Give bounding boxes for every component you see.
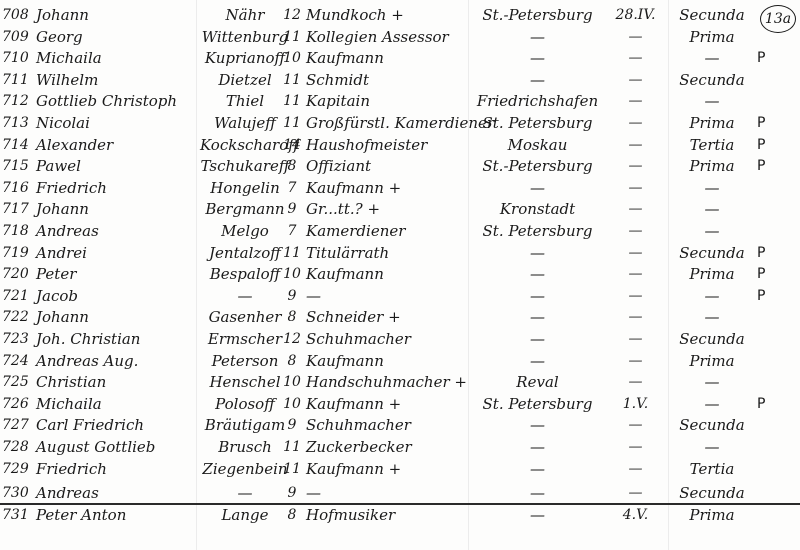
class: — xyxy=(672,220,752,242)
age: 9 xyxy=(282,285,302,307)
father-occupation: Kaufmann xyxy=(306,47,476,69)
register-row: 713NicolaiWalujeff11Großfürstl. Kamerdie… xyxy=(0,112,800,134)
surname: Jentalzoff xyxy=(200,242,290,264)
surname: Polosoff xyxy=(200,393,290,415)
age: 11 xyxy=(282,112,302,134)
surname: — xyxy=(200,285,290,307)
first-name: Andrei xyxy=(36,242,196,264)
father-occupation: Kaufmann + xyxy=(306,458,476,480)
age: 11 xyxy=(282,242,302,264)
p-mark: P xyxy=(757,263,771,285)
date: 1.V. xyxy=(608,393,663,415)
class: Tertia xyxy=(672,458,752,480)
first-name: Pawel xyxy=(36,155,196,177)
surname: Henschel xyxy=(200,371,290,393)
residence: Reval xyxy=(470,371,605,393)
p-mark: P xyxy=(757,155,771,177)
class: Prima xyxy=(672,155,752,177)
entry-number: 721 xyxy=(2,285,30,307)
date: — xyxy=(608,220,663,242)
father-occupation: Titulärrath xyxy=(306,242,476,264)
date: — xyxy=(608,482,663,504)
date: — xyxy=(608,112,663,134)
register-row: 728August GottliebBrusch11Zuckerbecker——… xyxy=(0,436,800,458)
entry-number: 719 xyxy=(2,242,30,264)
entry-number: 728 xyxy=(2,436,30,458)
first-name: Carl Friedrich xyxy=(36,414,196,436)
class: — xyxy=(672,393,752,415)
date: — xyxy=(608,198,663,220)
surname: Tschukareff xyxy=(200,155,290,177)
date: — xyxy=(608,90,663,112)
first-name: Nicolai xyxy=(36,112,196,134)
age: 7 xyxy=(282,220,302,242)
register-row: 710MichailaKuprianoff10Kaufmann———P xyxy=(0,47,800,69)
surname: Kockscharoff xyxy=(200,134,290,156)
father-occupation: Schneider + xyxy=(306,306,476,328)
age: 11 xyxy=(282,69,302,91)
register-row: 730Andreas—9———Secunda xyxy=(0,482,800,504)
first-name: Johann xyxy=(36,198,196,220)
entry-number: 722 xyxy=(2,306,30,328)
date: 28.IV. xyxy=(608,4,663,26)
class: Prima xyxy=(672,350,752,372)
date: — xyxy=(608,414,663,436)
class: — xyxy=(672,90,752,112)
p-mark: P xyxy=(757,134,771,156)
entry-number: 711 xyxy=(2,69,30,91)
first-name: Joh. Christian xyxy=(36,328,196,350)
first-name: Alexander xyxy=(36,134,196,156)
entry-number: 718 xyxy=(2,220,30,242)
father-occupation: Kaufmann xyxy=(306,350,476,372)
class: — xyxy=(672,177,752,199)
age: 9 xyxy=(282,414,302,436)
date: — xyxy=(608,242,663,264)
register-row: 717JohannBergmann9Gr...tt.? +Kronstadt—— xyxy=(0,198,800,220)
surname: Ziegenbein xyxy=(200,458,290,480)
date: — xyxy=(608,263,663,285)
residence: — xyxy=(470,26,605,48)
date: — xyxy=(608,371,663,393)
surname: Lange xyxy=(200,504,290,526)
register-row: 709GeorgWittenburg11Kollegien Assessor——… xyxy=(0,26,800,48)
date: — xyxy=(608,47,663,69)
date: — xyxy=(608,155,663,177)
father-occupation: Zuckerbecker xyxy=(306,436,476,458)
father-occupation: Großfürstl. Kamerdiener xyxy=(306,112,476,134)
date: — xyxy=(608,134,663,156)
register-row: 727Carl FriedrichBräutigam9Schuhmacher——… xyxy=(0,414,800,436)
register-row: 729FriedrichZiegenbein11Kaufmann +——Tert… xyxy=(0,458,800,480)
register-row: 731Peter AntonLange8Hofmusiker—4.V.Prima xyxy=(0,504,800,526)
entry-number: 731 xyxy=(2,504,30,526)
residence: Kronstadt xyxy=(470,198,605,220)
class: — xyxy=(672,285,752,307)
surname: Melgo xyxy=(200,220,290,242)
first-name: Johann xyxy=(36,4,196,26)
entry-number: 723 xyxy=(2,328,30,350)
residence: — xyxy=(470,263,605,285)
first-name: Christian xyxy=(36,371,196,393)
class: Secunda xyxy=(672,482,752,504)
date: — xyxy=(608,177,663,199)
register-row: 716FriedrichHongelin7Kaufmann +——— xyxy=(0,177,800,199)
residence: — xyxy=(470,177,605,199)
age: 8 xyxy=(282,350,302,372)
class: Tertia xyxy=(672,134,752,156)
class: — xyxy=(672,306,752,328)
surname: Nähr xyxy=(200,4,290,26)
first-name: Peter xyxy=(36,263,196,285)
residence: — xyxy=(470,414,605,436)
surname: Dietzel xyxy=(200,69,290,91)
class: Prima xyxy=(672,112,752,134)
residence: St.-Petersburg xyxy=(470,155,605,177)
age: 8 xyxy=(282,155,302,177)
age: 8 xyxy=(282,306,302,328)
first-name: Johann xyxy=(36,306,196,328)
register-row: 719AndreiJentalzoff11Titulärrath——Secund… xyxy=(0,242,800,264)
class: Prima xyxy=(672,504,752,526)
register-row: 726MichailaPolosoff10Kaufmann +St. Peter… xyxy=(0,393,800,415)
first-name: Michaila xyxy=(36,47,196,69)
residence: — xyxy=(470,482,605,504)
first-name: Andreas xyxy=(36,220,196,242)
age: 12 xyxy=(282,4,302,26)
residence: — xyxy=(470,306,605,328)
entry-number: 727 xyxy=(2,414,30,436)
p-mark: P xyxy=(757,393,771,415)
class: Secunda xyxy=(672,242,752,264)
date: — xyxy=(608,69,663,91)
age: 11 xyxy=(282,458,302,480)
surname: Brusch xyxy=(200,436,290,458)
date: — xyxy=(608,26,663,48)
age: 11 xyxy=(282,26,302,48)
surname: Gasenher xyxy=(200,306,290,328)
residence: — xyxy=(470,328,605,350)
residence: Moskau xyxy=(470,134,605,156)
first-name: Andreas Aug. xyxy=(36,350,196,372)
residence: — xyxy=(470,504,605,526)
date: — xyxy=(608,306,663,328)
entry-number: 712 xyxy=(2,90,30,112)
entry-number: 729 xyxy=(2,458,30,480)
p-mark: P xyxy=(757,112,771,134)
entry-number: 717 xyxy=(2,198,30,220)
class: — xyxy=(672,47,752,69)
class: Secunda xyxy=(672,328,752,350)
father-occupation: — xyxy=(306,285,476,307)
first-name: Peter Anton xyxy=(36,504,196,526)
surname: Walujeff xyxy=(200,112,290,134)
age: 11 xyxy=(282,90,302,112)
father-occupation: Kapitain xyxy=(306,90,476,112)
register-row: 720PeterBespaloff10Kaufmann——PrimaP xyxy=(0,263,800,285)
residence: St. Petersburg xyxy=(470,393,605,415)
date: 4.V. xyxy=(608,504,663,526)
class: — xyxy=(672,198,752,220)
father-occupation: Kaufmann + xyxy=(306,393,476,415)
age: 14 xyxy=(282,134,302,156)
first-name: Andreas xyxy=(36,482,196,504)
surname: Kuprianoff xyxy=(200,47,290,69)
register-row: 721Jacob—9————P xyxy=(0,285,800,307)
register-row: 715PawelTschukareff8OffiziantSt.-Petersb… xyxy=(0,155,800,177)
register-row: 725ChristianHenschel10Handschuhmacher +R… xyxy=(0,371,800,393)
age: 7 xyxy=(282,177,302,199)
surname: Bespaloff xyxy=(200,263,290,285)
first-name: Friedrich xyxy=(36,458,196,480)
register-row: 711WilhelmDietzel11Schmidt——Secunda xyxy=(0,69,800,91)
residence: St. Petersburg xyxy=(470,112,605,134)
p-mark: P xyxy=(757,242,771,264)
age: 10 xyxy=(282,263,302,285)
first-name: Jacob xyxy=(36,285,196,307)
father-occupation: Gr...tt.? + xyxy=(306,198,476,220)
register-row: 714AlexanderKockscharoff14Haushofmeister… xyxy=(0,134,800,156)
first-name: Gottlieb Christoph xyxy=(36,90,196,112)
age: 11 xyxy=(282,436,302,458)
p-mark: P xyxy=(757,285,771,307)
p-mark: P xyxy=(757,47,771,69)
class: Secunda xyxy=(672,414,752,436)
section-divider-rule xyxy=(0,503,800,505)
entry-number: 716 xyxy=(2,177,30,199)
entry-number: 724 xyxy=(2,350,30,372)
register-row: 718AndreasMelgo7KamerdienerSt. Petersbur… xyxy=(0,220,800,242)
handwritten-register-page: 13a 708JohannNähr12Mundkoch +St.-Petersb… xyxy=(0,0,800,550)
date: — xyxy=(608,285,663,307)
date: — xyxy=(608,328,663,350)
father-occupation: Schuhmacher xyxy=(306,328,476,350)
age: 10 xyxy=(282,393,302,415)
surname: Bräutigam xyxy=(200,414,290,436)
age: 10 xyxy=(282,371,302,393)
class: Secunda xyxy=(672,4,752,26)
class: Secunda xyxy=(672,69,752,91)
class: Prima xyxy=(672,26,752,48)
first-name: Friedrich xyxy=(36,177,196,199)
entry-number: 714 xyxy=(2,134,30,156)
entry-number: 713 xyxy=(2,112,30,134)
father-occupation: Kaufmann + xyxy=(306,177,476,199)
father-occupation: Kaufmann xyxy=(306,263,476,285)
father-occupation: Offiziant xyxy=(306,155,476,177)
first-name: Michaila xyxy=(36,393,196,415)
register-row: 712Gottlieb ChristophThiel11KapitainFrie… xyxy=(0,90,800,112)
surname: Ermscher xyxy=(200,328,290,350)
date: — xyxy=(608,350,663,372)
surname: Wittenburg xyxy=(200,26,290,48)
father-occupation: Handschuhmacher + xyxy=(306,371,476,393)
age: 9 xyxy=(282,198,302,220)
class: Prima xyxy=(672,263,752,285)
surname: Bergmann xyxy=(200,198,290,220)
father-occupation: Schmidt xyxy=(306,69,476,91)
age: 10 xyxy=(282,47,302,69)
residence: St. Petersburg xyxy=(470,220,605,242)
age: 12 xyxy=(282,328,302,350)
class: — xyxy=(672,371,752,393)
surname: Hongelin xyxy=(200,177,290,199)
residence: — xyxy=(470,436,605,458)
father-occupation: Kollegien Assessor xyxy=(306,26,476,48)
residence: — xyxy=(470,47,605,69)
residence: St.-Petersburg xyxy=(470,4,605,26)
entry-number: 725 xyxy=(2,371,30,393)
first-name: Georg xyxy=(36,26,196,48)
register-row: 724Andreas Aug.Peterson8Kaufmann——Prima xyxy=(0,350,800,372)
father-occupation: Kamerdiener xyxy=(306,220,476,242)
entry-number: 730 xyxy=(2,482,30,504)
father-occupation: Hofmusiker xyxy=(306,504,476,526)
surname: Peterson xyxy=(200,350,290,372)
entry-number: 708 xyxy=(2,4,30,26)
residence: — xyxy=(470,69,605,91)
age: 8 xyxy=(282,504,302,526)
entry-number: 715 xyxy=(2,155,30,177)
register-row: 723Joh. ChristianErmscher12Schuhmacher——… xyxy=(0,328,800,350)
surname: — xyxy=(200,482,290,504)
residence: — xyxy=(470,350,605,372)
entry-number: 709 xyxy=(2,26,30,48)
entry-number: 710 xyxy=(2,47,30,69)
first-name: August Gottlieb xyxy=(36,436,196,458)
father-occupation: Mundkoch + xyxy=(306,4,476,26)
residence: — xyxy=(470,242,605,264)
class: — xyxy=(672,436,752,458)
father-occupation: — xyxy=(306,482,476,504)
surname: Thiel xyxy=(200,90,290,112)
entry-number: 726 xyxy=(2,393,30,415)
age: 9 xyxy=(282,482,302,504)
date: — xyxy=(608,458,663,480)
residence: Friedrichshafen xyxy=(470,90,605,112)
register-row: 708JohannNähr12Mundkoch +St.-Petersburg2… xyxy=(0,4,800,26)
residence: — xyxy=(470,285,605,307)
date: — xyxy=(608,436,663,458)
father-occupation: Schuhmacher xyxy=(306,414,476,436)
entry-number: 720 xyxy=(2,263,30,285)
first-name: Wilhelm xyxy=(36,69,196,91)
residence: — xyxy=(470,458,605,480)
register-row: 722JohannGasenher8Schneider +——— xyxy=(0,306,800,328)
father-occupation: Haushofmeister xyxy=(306,134,476,156)
